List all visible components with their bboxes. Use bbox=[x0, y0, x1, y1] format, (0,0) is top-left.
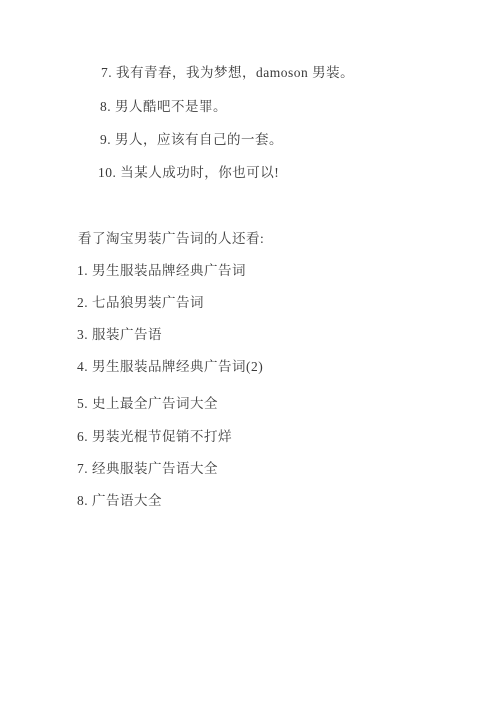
related-item-3: 3. 服装广告语 bbox=[77, 325, 162, 345]
quote-line-10: 10. 当某人成功时，你也可以! bbox=[98, 163, 279, 183]
quote-line-7: 7. 我有青春，我为梦想，damoson 男装。 bbox=[101, 63, 354, 83]
related-item-5: 5. 史上最全广告词大全 bbox=[77, 394, 218, 414]
related-item-6: 6. 男装光棍节促销不打烊 bbox=[77, 427, 232, 447]
related-item-8: 8. 广告语大全 bbox=[77, 491, 162, 511]
document-page: 7. 我有青春，我为梦想，damoson 男装。 8. 男人酷吧不是罪。 9. … bbox=[0, 0, 500, 708]
related-section-heading: 看了淘宝男装广告词的人还看: bbox=[78, 229, 264, 249]
related-item-1: 1. 男生服装品牌经典广告词 bbox=[77, 261, 246, 281]
quote-line-8: 8. 男人酷吧不是罪。 bbox=[100, 97, 227, 117]
related-item-7: 7. 经典服装广告语大全 bbox=[77, 459, 218, 479]
related-item-2: 2. 七品狼男装广告词 bbox=[77, 293, 204, 313]
quote-line-9: 9. 男人，应该有自己的一套。 bbox=[100, 130, 283, 150]
related-item-4: 4. 男生服装品牌经典广告词(2) bbox=[77, 357, 263, 377]
